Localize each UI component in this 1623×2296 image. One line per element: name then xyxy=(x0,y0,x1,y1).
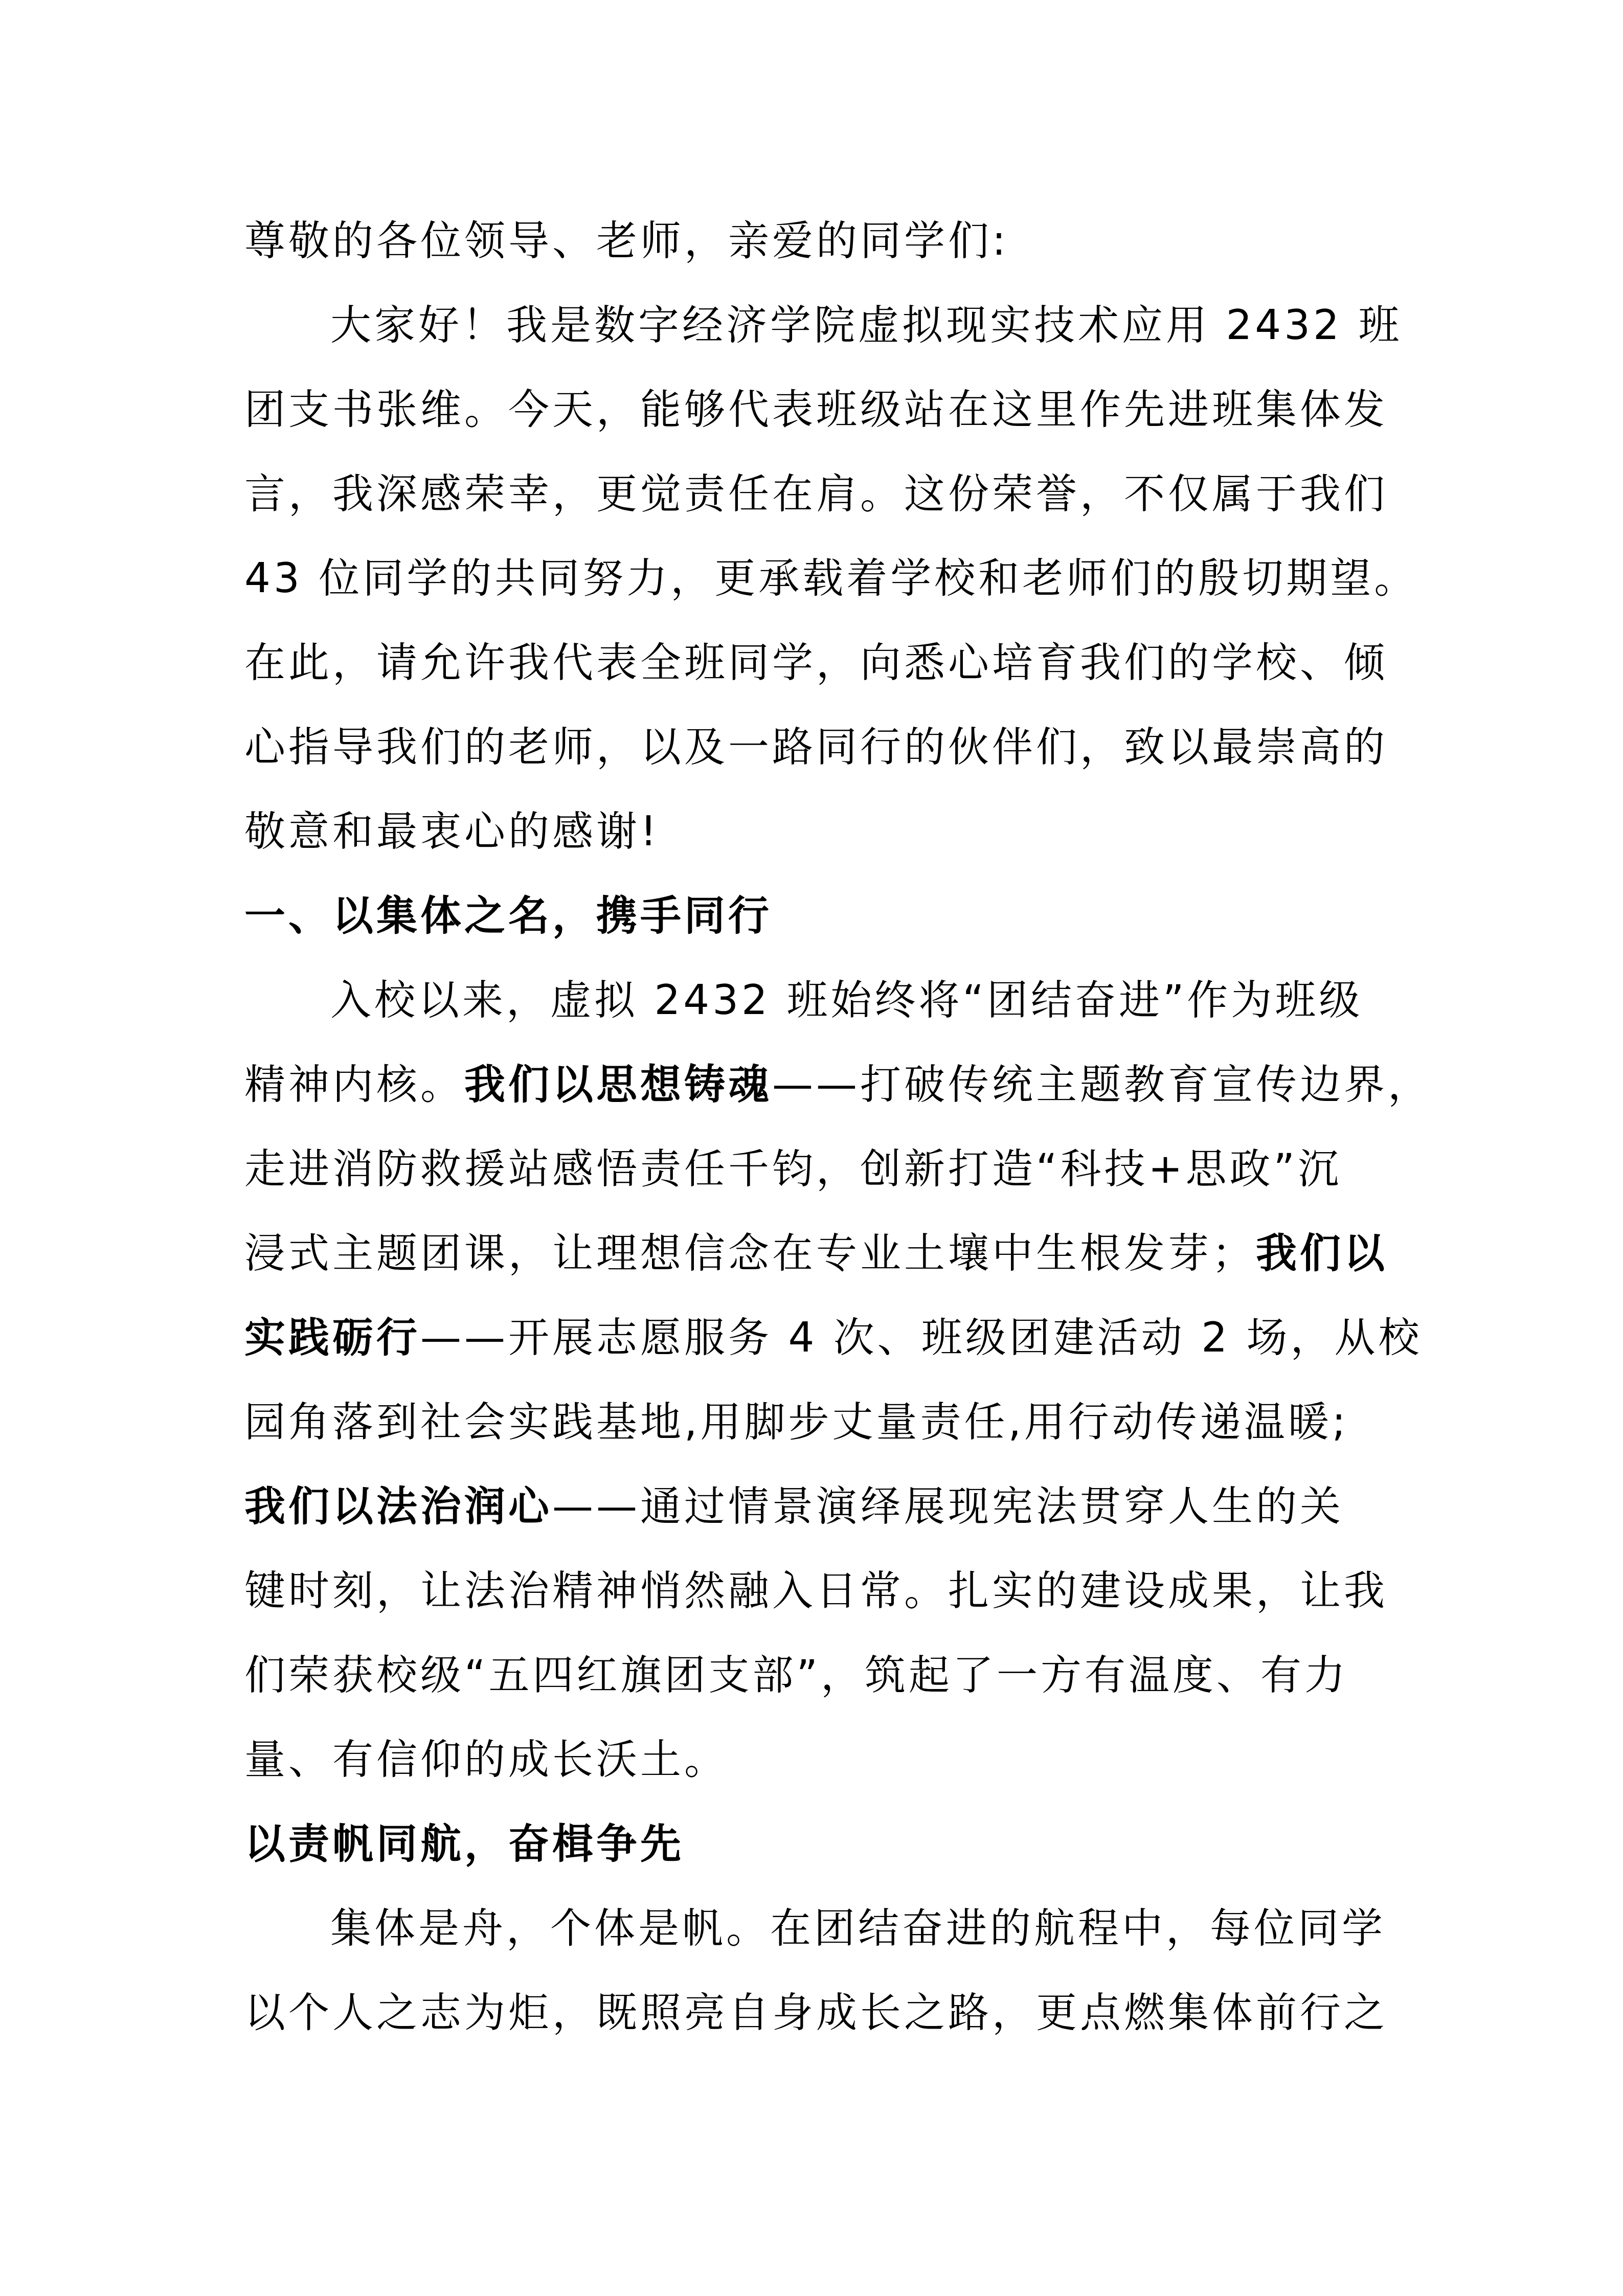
intro-paragraph: 大家好！我是数字经济学院虚拟现实技术应用 2432 班 团支书张维。今天，能够代… xyxy=(244,283,1385,873)
paragraph-line: 量、有信仰的成长沃土。 xyxy=(244,1717,1385,1802)
bold-run: 我们以法治润心 xyxy=(244,1482,552,1530)
paragraph-line: 大家好！我是数字经济学院虚拟现实技术应用 2432 班 xyxy=(244,283,1385,367)
section-heading-2: 以责帆同航，奋楫争先 xyxy=(244,1802,1385,1886)
paragraph-line: 言，我深感荣幸，更觉责任在肩。这份荣誉，不仅属于我们 xyxy=(244,452,1385,536)
paragraph-line: 精神内核。我们以思想铸魂——打破传统主题教育宣传边界， xyxy=(244,1042,1385,1127)
section-heading-1: 一、以集体之名，携手同行 xyxy=(244,873,1385,958)
paragraph-line: 园角落到社会实践基地,用脚步丈量责任,用行动传递温暖; xyxy=(244,1380,1385,1464)
salutation: 尊敬的各位领导、老师，亲爱的同学们: xyxy=(244,198,1385,283)
paragraph-line: 心指导我们的老师，以及一路同行的伙伴们，致以最崇高的 xyxy=(244,705,1385,789)
text-run: ——打破传统主题教育宣传边界， xyxy=(772,1061,1432,1108)
paragraph-line: 43 位同学的共同努力，更承载着学校和老师们的殷切期望。 xyxy=(244,536,1385,620)
text-run: ——开展志愿服务 4 次、班级团建活动 2 场，从校 xyxy=(420,1314,1423,1361)
paragraph-line: 敬意和最衷心的感谢! xyxy=(244,789,1385,873)
paragraph-line: 们荣获校级“五四红旗团支部”，筑起了一方有温度、有力 xyxy=(244,1633,1385,1717)
speech-body: 尊敬的各位领导、老师，亲爱的同学们: 大家好！我是数字经济学院虚拟现实技术应用 … xyxy=(244,198,1385,2055)
bold-run: 实践砺行 xyxy=(244,1314,420,1361)
paragraph-line: 我们以法治润心——通过情景演绎展现宪法贯穿人生的关 xyxy=(244,1464,1385,1548)
paragraph-line: 键时刻，让法治精神悄然融入日常。扎实的建设成果，让我 xyxy=(244,1548,1385,1633)
paragraph-line: 走进消防救援站感悟责任千钧，创新打造“科技+思政”沉 xyxy=(244,1127,1385,1211)
section2-paragraph: 集体是舟，个体是帆。在团结奋进的航程中，每位同学 以个人之志为炬，既照亮自身成长… xyxy=(244,1886,1385,2055)
bold-run: 我们以思想铸魂 xyxy=(464,1061,772,1108)
paragraph-line: 集体是舟，个体是帆。在团结奋进的航程中，每位同学 xyxy=(244,1886,1385,1970)
paragraph-line: 入校以来，虚拟 2432 班始终将“团结奋进”作为班级 xyxy=(244,958,1385,1042)
section1-paragraph: 入校以来，虚拟 2432 班始终将“团结奋进”作为班级 精神内核。我们以思想铸魂… xyxy=(244,958,1385,1802)
paragraph-line: 以个人之志为炬，既照亮自身成长之路，更点燃集体前行之 xyxy=(244,1970,1385,2055)
bold-run: 我们以 xyxy=(1256,1229,1388,1277)
text-run: ——通过情景演绎展现宪法贯穿人生的关 xyxy=(552,1482,1344,1530)
document-page: 尊敬的各位领导、老师，亲爱的同学们: 大家好！我是数字经济学院虚拟现实技术应用 … xyxy=(0,0,1623,2296)
paragraph-line: 在此，请允许我代表全班同学，向悉心培育我们的学校、倾 xyxy=(244,620,1385,705)
paragraph-line: 团支书张维。今天，能够代表班级站在这里作先进班集体发 xyxy=(244,367,1385,452)
paragraph-line: 浸式主题团课，让理想信念在专业土壤中生根发芽；我们以 xyxy=(244,1211,1385,1295)
paragraph-line: 实践砺行——开展志愿服务 4 次、班级团建活动 2 场，从校 xyxy=(244,1295,1385,1380)
text-run: 精神内核。 xyxy=(244,1061,464,1108)
text-run: 浸式主题团课，让理想信念在专业土壤中生根发芽； xyxy=(244,1229,1256,1277)
